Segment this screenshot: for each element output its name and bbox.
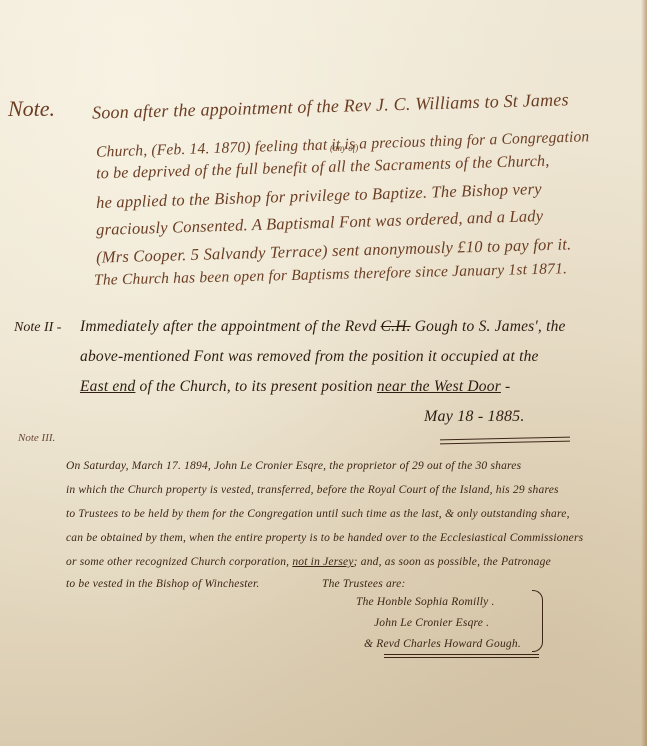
note2-label: Note II -: [14, 320, 61, 336]
note3-not-in-jersey: not in Jersey: [292, 556, 353, 568]
note3-line-2: in which the Church property is vested, …: [66, 484, 559, 496]
note1-line-1: Soon after the appointment of the Rev J.…: [92, 89, 569, 123]
note2-line-2: above-mentioned Font was removed from th…: [80, 348, 539, 366]
note2-struck-text: C.H.: [381, 318, 411, 335]
note2-near-west-door: near the West Door: [377, 378, 501, 395]
trustees-double-rule-1: [384, 654, 539, 655]
note1-label: Note.: [8, 96, 55, 122]
note3-line-4: can be obtained by them, when the entire…: [66, 532, 583, 544]
note2-date: May 18 - 1885.: [424, 408, 525, 426]
note2-line3-mid: of the Church, to its present position: [135, 378, 377, 395]
trustee-2: John Le Cronier Esqre .: [374, 617, 489, 629]
note2-double-rule-2: [440, 441, 570, 445]
note2-line1-post: Gough to S. James', the: [411, 318, 566, 335]
note3-line-6: to be vested in the Bishop of Winchester…: [66, 578, 259, 590]
note2-line1-pre: Immediately after the appointment of the…: [80, 318, 381, 335]
note3-line5-post: ; and, as soon as possible, the Patronag…: [354, 556, 551, 568]
note3-line-1: On Saturday, March 17. 1894, John Le Cro…: [66, 460, 521, 472]
trustees-double-rule-2: [384, 657, 539, 658]
note3-trustees-intro: The Trustees are:: [322, 578, 405, 590]
note3-line-5: or some other recognized Church corporat…: [66, 556, 551, 568]
trustee-3: & Revd Charles Howard Gough.: [364, 638, 521, 650]
note1-insertion: (any of): [330, 143, 358, 153]
note2-line-3: East end of the Church, to its present p…: [80, 378, 510, 396]
note2-line-1: Immediately after the appointment of the…: [80, 318, 566, 336]
note3-label: Note III.: [18, 432, 55, 444]
manuscript-page: Note. Soon after the appointment of the …: [0, 0, 647, 746]
note2-line3-end: -: [501, 378, 510, 395]
note1-line-5: graciously Consented. A Baptismal Font w…: [96, 206, 544, 240]
note2-east-end: East end: [80, 378, 135, 395]
trustees-brace: [532, 590, 543, 652]
trustee-1: The Honble Sophia Romilly .: [356, 596, 495, 608]
note3-line-3: to Trustees to be held by them for the C…: [66, 508, 570, 520]
note3-line5-pre: or some other recognized Church corporat…: [66, 556, 292, 568]
